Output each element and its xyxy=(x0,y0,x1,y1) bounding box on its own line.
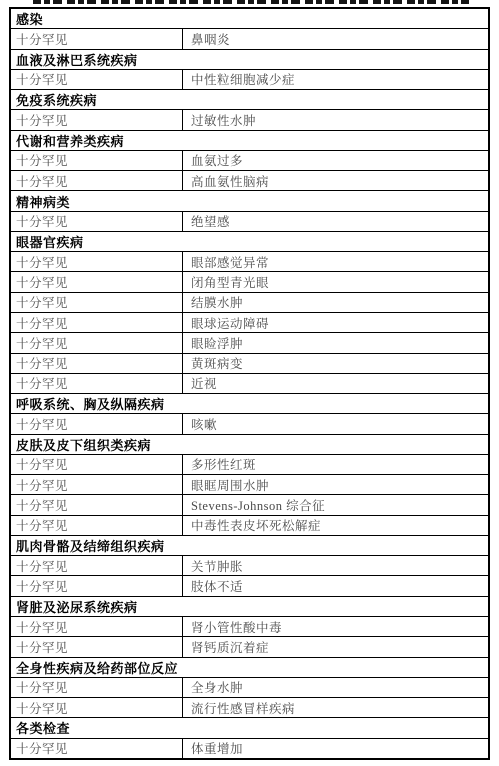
reaction-term-cell: 眼睑浮肿 xyxy=(183,333,488,352)
frequency-cell: 十分罕见 xyxy=(11,637,183,656)
adverse-reaction-row: 十分罕见流行性感冒样疾病 xyxy=(11,697,488,717)
reaction-term-cell: 体重增加 xyxy=(183,739,488,758)
adverse-reaction-row: 十分罕见肢体不适 xyxy=(11,575,488,595)
adverse-reaction-row: 十分罕见黄斑病变 xyxy=(11,353,488,373)
reaction-term-cell: 眼眶周围水肿 xyxy=(183,475,488,494)
frequency-cell: 十分罕见 xyxy=(11,617,183,636)
adverse-reaction-row: 十分罕见体重增加 xyxy=(11,738,488,758)
reaction-term-cell: 肾小管性酸中毒 xyxy=(183,617,488,636)
adverse-reaction-row: 十分罕见结膜水肿 xyxy=(11,292,488,312)
section-header-row: 代谢和营养类疾病 xyxy=(11,130,488,150)
reaction-term-cell: 全身水肿 xyxy=(183,678,488,697)
reaction-term-cell: Stevens-Johnson 综合征 xyxy=(183,495,488,514)
adverse-reaction-row: 十分罕见眼球运动障碍 xyxy=(11,312,488,332)
frequency-cell: 十分罕见 xyxy=(11,556,183,575)
adverse-reaction-row: 十分罕见全身水肿 xyxy=(11,677,488,697)
adverse-reaction-row: 十分罕见绝望感 xyxy=(11,211,488,231)
reaction-term-cell: 中性粒细胞减少症 xyxy=(183,70,488,89)
adverse-reaction-row: 十分罕见眼部感觉异常 xyxy=(11,251,488,271)
frequency-cell: 十分罕见 xyxy=(11,212,183,231)
section-header-row: 免疫系统疾病 xyxy=(11,89,488,109)
frequency-cell: 十分罕见 xyxy=(11,151,183,170)
adverse-reaction-row: 十分罕见眼睑浮肿 xyxy=(11,332,488,352)
adverse-reaction-row: 十分罕见关节肿胀 xyxy=(11,555,488,575)
reaction-term-cell: 过敏性水肿 xyxy=(183,110,488,129)
frequency-cell: 十分罕见 xyxy=(11,70,183,89)
section-header-row: 肾脏及泌尿系统疾病 xyxy=(11,596,488,616)
frequency-cell: 十分罕见 xyxy=(11,678,183,697)
reaction-term-cell: 咳嗽 xyxy=(183,414,488,433)
reaction-term-cell: 眼球运动障碍 xyxy=(183,313,488,332)
section-header-row: 血液及淋巴系统疾病 xyxy=(11,49,488,69)
frequency-cell: 十分罕见 xyxy=(11,516,183,535)
frequency-cell: 十分罕见 xyxy=(11,354,183,373)
reaction-term-cell: 鼻咽炎 xyxy=(183,29,488,48)
section-header-row: 全身性疾病及给药部位反应 xyxy=(11,657,488,677)
reaction-term-cell: 多形性红斑 xyxy=(183,455,488,474)
section-header-row: 眼器官疾病 xyxy=(11,231,488,251)
section-header-row: 各类检查 xyxy=(11,717,488,737)
frequency-cell: 十分罕见 xyxy=(11,272,183,291)
adverse-reaction-row: 十分罕见近视 xyxy=(11,373,488,393)
frequency-cell: 十分罕见 xyxy=(11,698,183,717)
frequency-cell: 十分罕见 xyxy=(11,475,183,494)
section-header-row: 皮肤及皮下组织类疾病 xyxy=(11,434,488,454)
reaction-term-cell: 血氨过多 xyxy=(183,151,488,170)
adverse-reaction-row: 十分罕见肾小管性酸中毒 xyxy=(11,616,488,636)
reaction-term-cell: 近视 xyxy=(183,374,488,393)
section-header-row: 呼吸系统、胸及纵隔疾病 xyxy=(11,393,488,413)
adverse-reaction-row: 十分罕见中性粒细胞减少症 xyxy=(11,69,488,89)
frequency-cell: 十分罕见 xyxy=(11,333,183,352)
adverse-reaction-row: 十分罕见过敏性水肿 xyxy=(11,109,488,129)
frequency-cell: 十分罕见 xyxy=(11,374,183,393)
adverse-reaction-row: 十分罕见血氨过多 xyxy=(11,150,488,170)
adverse-reaction-row: 十分罕见闭角型青光眼 xyxy=(11,271,488,291)
frequency-cell: 十分罕见 xyxy=(11,739,183,758)
reaction-term-cell: 绝望感 xyxy=(183,212,488,231)
reaction-term-cell: 黄斑病变 xyxy=(183,354,488,373)
frequency-cell: 十分罕见 xyxy=(11,495,183,514)
adverse-reaction-row: 十分罕见多形性红斑 xyxy=(11,454,488,474)
section-header-row: 精神病类 xyxy=(11,190,488,210)
reaction-term-cell: 流行性感冒样疾病 xyxy=(183,698,488,717)
adverse-reaction-row: 十分罕见咳嗽 xyxy=(11,413,488,433)
frequency-cell: 十分罕见 xyxy=(11,293,183,312)
reaction-term-cell: 中毒性表皮坏死松解症 xyxy=(183,516,488,535)
adverse-reaction-row: 十分罕见肾钙质沉着症 xyxy=(11,636,488,656)
adverse-reaction-row: 十分罕见中毒性表皮坏死松解症 xyxy=(11,515,488,535)
section-header-row: 感染 xyxy=(11,9,488,28)
reaction-term-cell: 肢体不适 xyxy=(183,576,488,595)
frequency-cell: 十分罕见 xyxy=(11,29,183,48)
reaction-term-cell: 肾钙质沉着症 xyxy=(183,637,488,656)
frequency-cell: 十分罕见 xyxy=(11,576,183,595)
frequency-cell: 十分罕见 xyxy=(11,313,183,332)
reaction-term-cell: 结膜水肿 xyxy=(183,293,488,312)
reaction-term-cell: 闭角型青光眼 xyxy=(183,272,488,291)
frequency-cell: 十分罕见 xyxy=(11,414,183,433)
adverse-reaction-row: 十分罕见眼眶周围水肿 xyxy=(11,474,488,494)
adverse-reactions-table: 感染十分罕见鼻咽炎血液及淋巴系统疾病十分罕见中性粒细胞减少症免疫系统疾病十分罕见… xyxy=(9,7,490,760)
reaction-term-cell: 关节肿胀 xyxy=(183,556,488,575)
document-page: 感染十分罕见鼻咽炎血液及淋巴系统疾病十分罕见中性粒细胞减少症免疫系统疾病十分罕见… xyxy=(0,0,499,766)
adverse-reaction-row: 十分罕见鼻咽炎 xyxy=(11,28,488,48)
reaction-term-cell: 高血氨性脑病 xyxy=(183,171,488,190)
adverse-reaction-row: 十分罕见高血氨性脑病 xyxy=(11,170,488,190)
frequency-cell: 十分罕见 xyxy=(11,171,183,190)
reaction-term-cell: 眼部感觉异常 xyxy=(183,252,488,271)
adverse-reaction-row: 十分罕见Stevens-Johnson 综合征 xyxy=(11,494,488,514)
frequency-cell: 十分罕见 xyxy=(11,110,183,129)
section-header-row: 肌肉骨骼及结缔组织疾病 xyxy=(11,535,488,555)
clipped-table-caption xyxy=(33,0,469,4)
frequency-cell: 十分罕见 xyxy=(11,455,183,474)
frequency-cell: 十分罕见 xyxy=(11,252,183,271)
